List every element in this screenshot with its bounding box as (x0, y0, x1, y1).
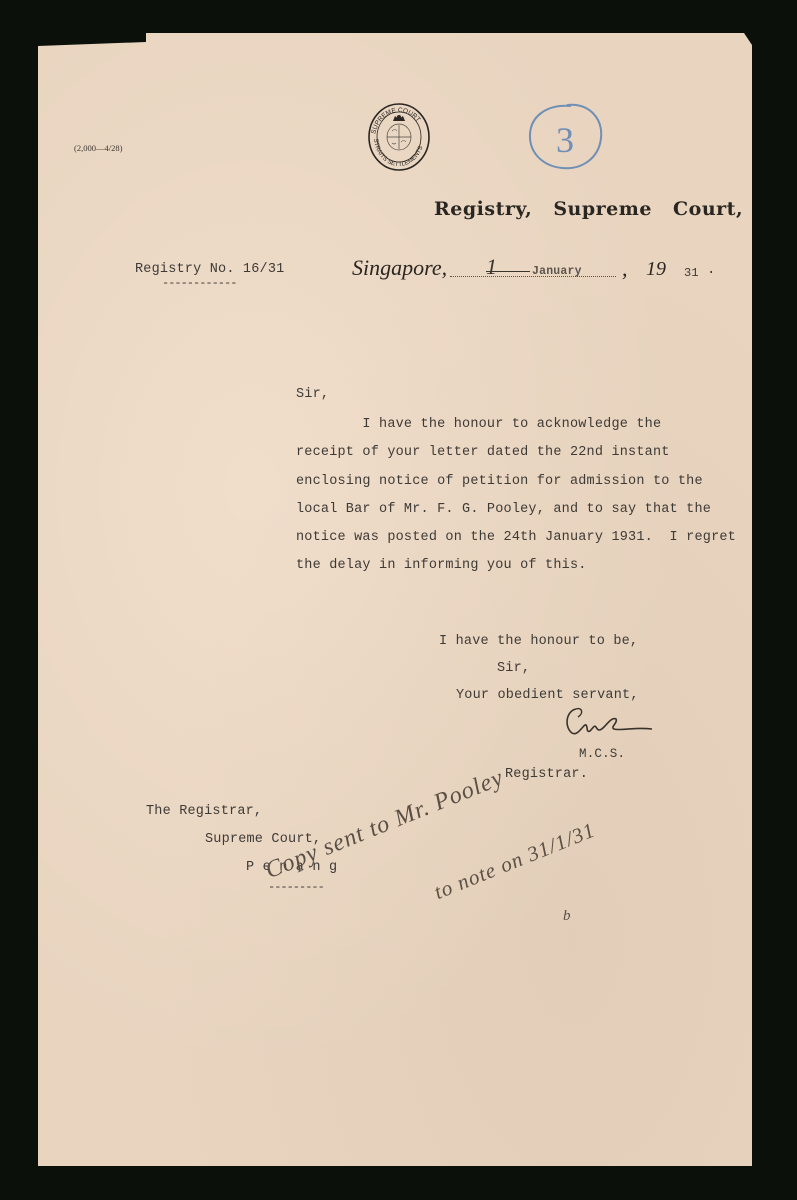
body-line: notice was posted on the 24th January 19… (296, 530, 736, 545)
registrar-title: Registrar. (505, 767, 588, 782)
letterhead-heading: Registry, Supreme Court, (434, 198, 743, 220)
body-line: receipt of your letter dated the 22nd in… (296, 445, 670, 460)
folio-number: 3 (556, 120, 574, 160)
date-year-prefix: 19 (646, 258, 666, 281)
date-year-dot: . (707, 262, 716, 278)
body-line: local Bar of Mr. F. G. Pooley, and to sa… (296, 502, 711, 517)
body-line: I have the honour to acknowledge the (296, 417, 661, 432)
closing-sir: Sir, (497, 661, 530, 676)
folio-number-circle: 3 (527, 100, 607, 179)
closing-servant: Your obedient servant, (456, 688, 639, 703)
date-month: January (532, 265, 582, 278)
registry-underline: ------------ (162, 276, 236, 290)
print-code: (2,000—4/28) (74, 143, 122, 153)
day-strike (486, 271, 530, 272)
body-line: the delay in informing you of this. (296, 558, 587, 573)
date-year-suffix: 31 (684, 266, 699, 280)
date-comma: , (622, 256, 628, 282)
date-day-handwritten: 1 (486, 254, 497, 280)
title-abbrev: M.C.S. (579, 747, 625, 761)
closing-line: I have the honour to be, (439, 634, 638, 649)
body-line: enclosing notice of petition for admissi… (296, 474, 703, 489)
handwritten-initial: b (563, 908, 571, 925)
place-label: Singapore, (352, 255, 447, 281)
addressee-line: The Registrar, (146, 804, 262, 819)
registry-number: Registry No. 16/31 (135, 262, 284, 277)
salutation: Sir, (296, 387, 329, 402)
court-seal-icon: SUPREME COURT STRAITS SETTLEMENTS (364, 103, 444, 175)
signature (562, 703, 657, 744)
